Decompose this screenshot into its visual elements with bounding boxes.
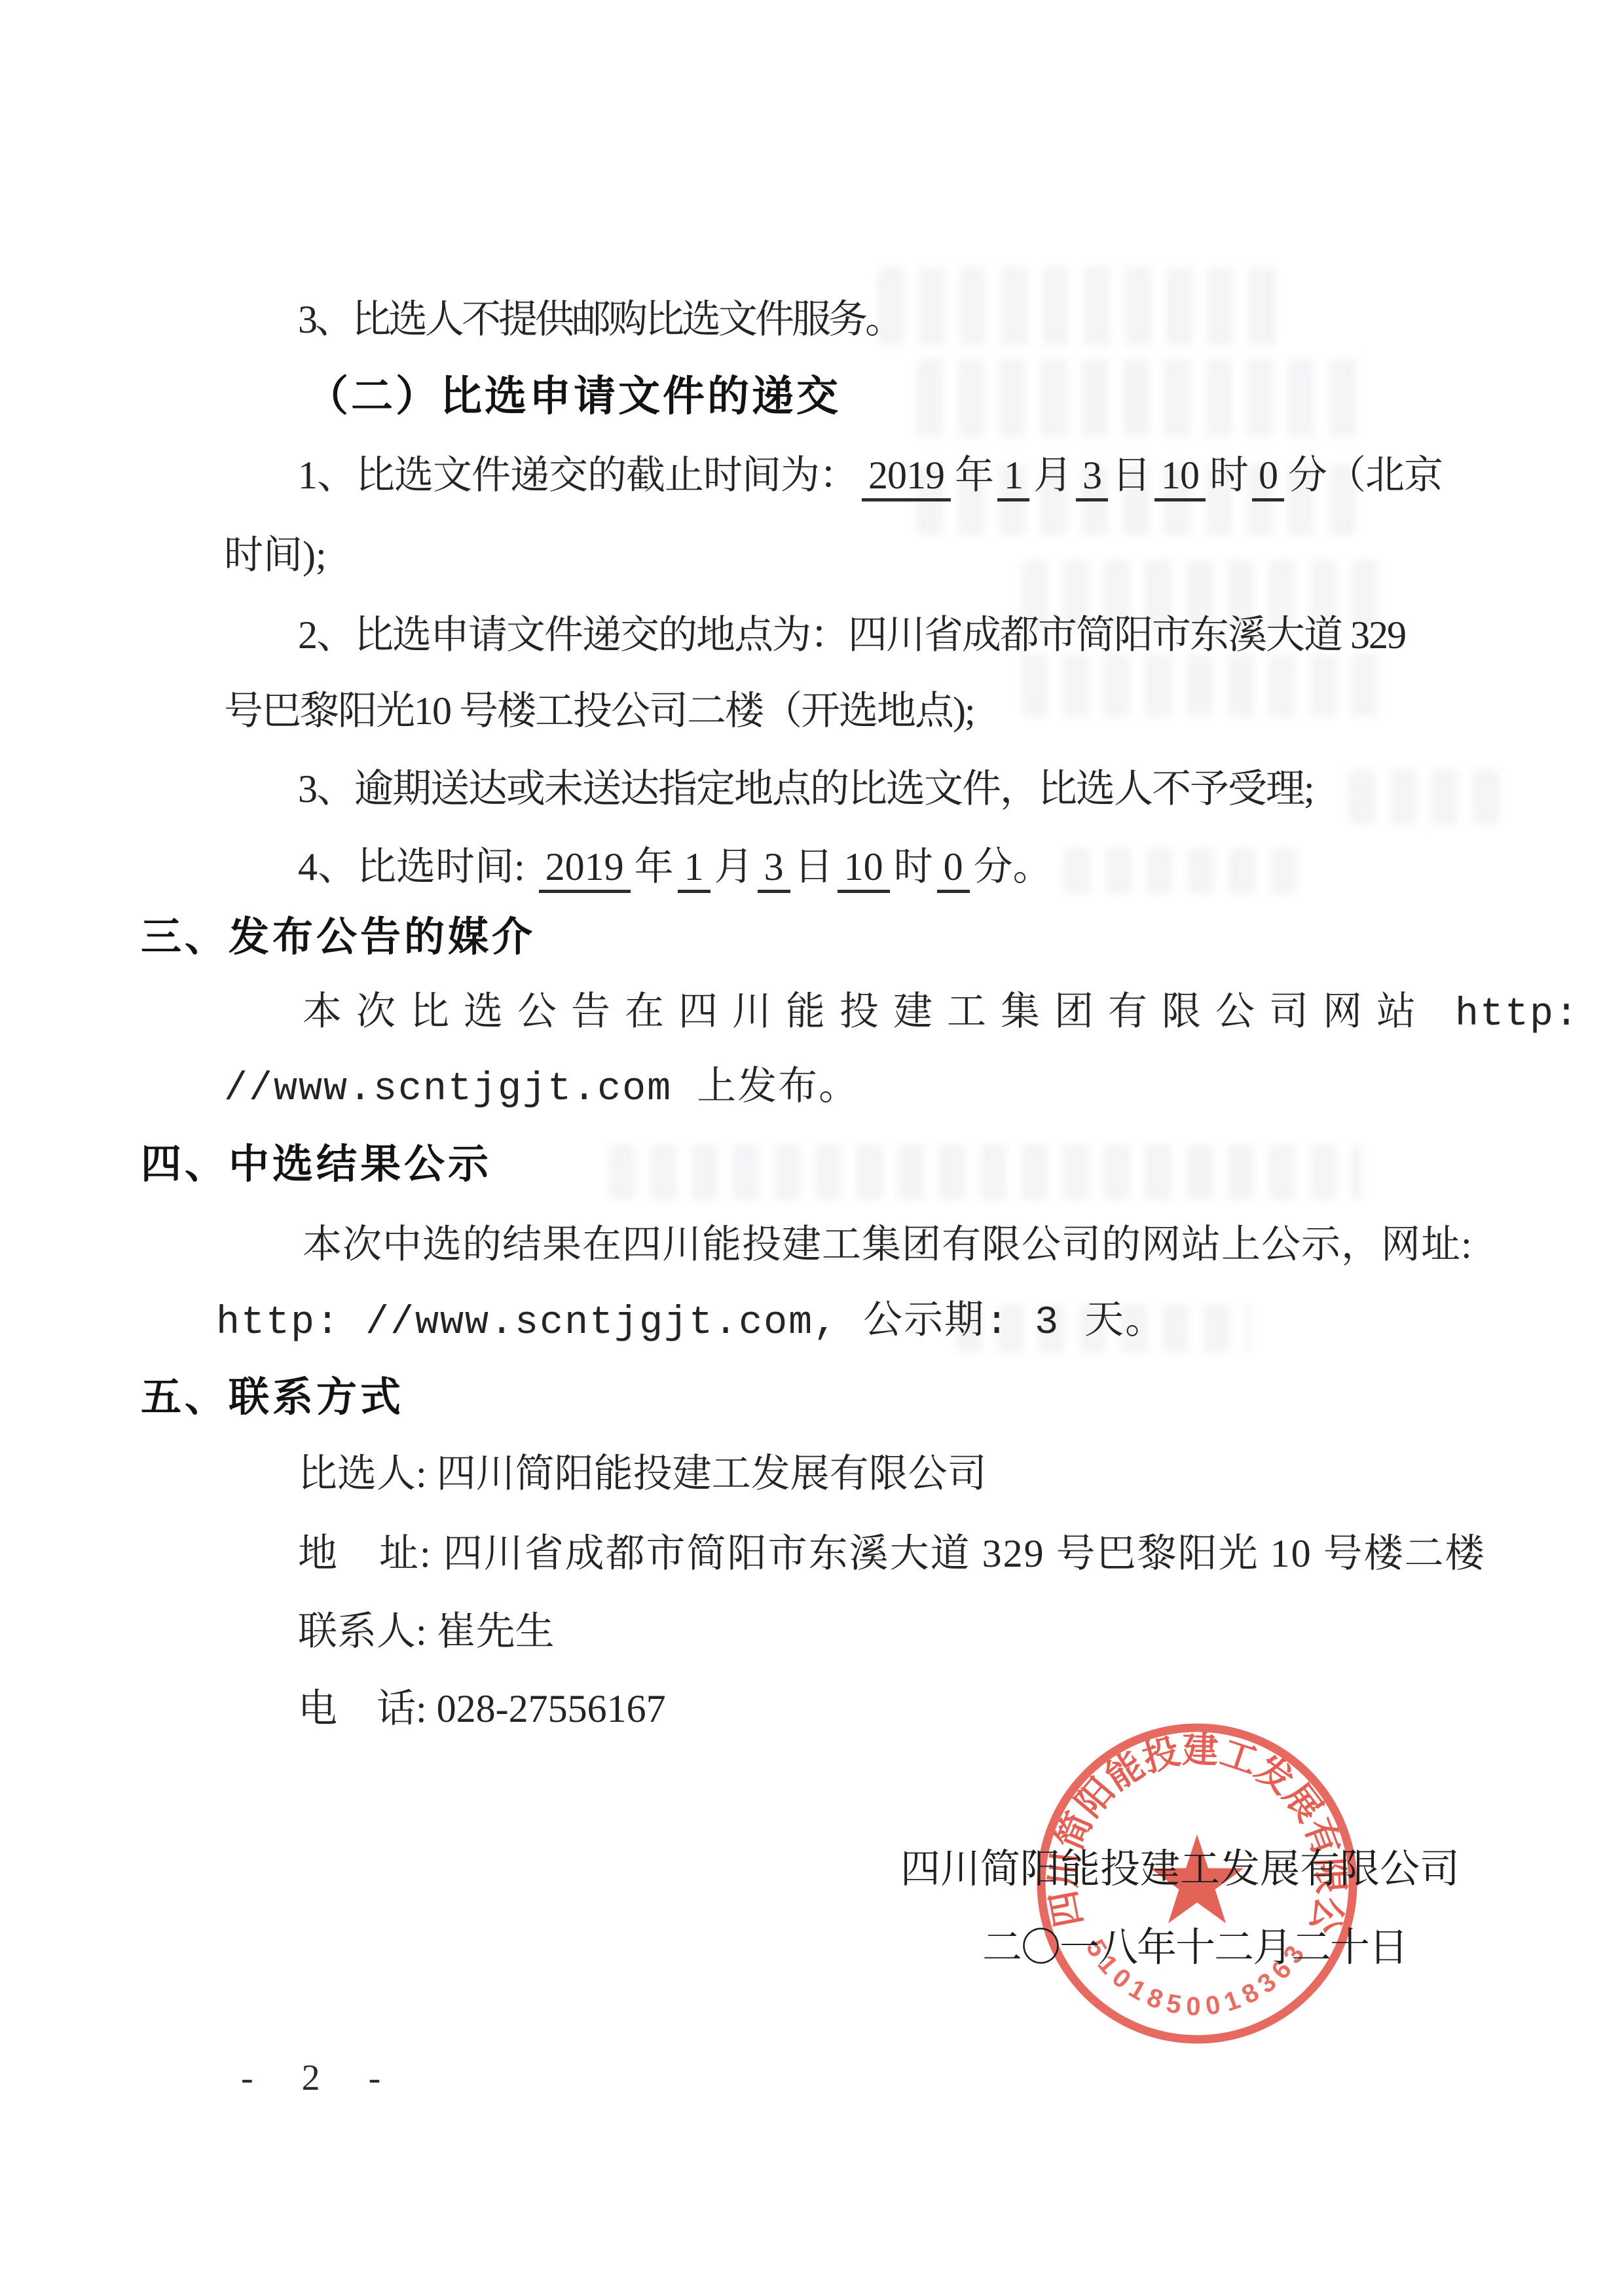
bleed-through-artifact xyxy=(1349,769,1500,825)
deadline-month-unit: 月 xyxy=(1033,454,1072,497)
contact-row-phone: 电 话: 028-27556167 xyxy=(298,1687,666,1730)
page-number: - 2 - xyxy=(241,2057,400,2099)
media-line-1-url: http: xyxy=(1430,993,1579,1037)
selection-time-prefix: 4、比选时间: xyxy=(298,845,535,888)
contact-row-address: 地 址: 四川省成都市简阳市东溪大道 329 号巴黎阳光 10 号楼二楼 xyxy=(298,1532,1486,1575)
contact-value: 四川简阳能投建工发展有限公司 xyxy=(437,1452,987,1495)
deadline-line: 1、比选文件递交的截止时间为：2019年1月3日10时0分（北京 xyxy=(298,454,1443,501)
contact-label: 电 话: xyxy=(298,1687,437,1730)
deadline-month: 1 xyxy=(997,454,1029,501)
deadline-day-unit: 日 xyxy=(1112,454,1151,497)
contact-value: 028-27556167 xyxy=(437,1687,666,1730)
contact-row-person: 联系人: 崔先生 xyxy=(298,1610,555,1653)
media-line-1-text: 本次比选公告在四川能投建工集团有限公司网站 xyxy=(303,990,1430,1033)
contact-label: 地 址: xyxy=(298,1532,443,1575)
late-delivery-rule: 3、逾期送达或未送达指定地点的比选文件，比选人不予受理; xyxy=(298,767,1314,811)
section-2-heading: （二）比选申请文件的递交 xyxy=(306,373,841,419)
deadline-year: 2019 xyxy=(862,454,951,501)
media-line-1: 本次比选公告在四川能投建工集团有限公司网站 http: xyxy=(303,990,1579,1036)
selection-time-minute-unit: 分 xyxy=(974,845,1013,888)
bleed-through-artifact xyxy=(1064,848,1300,894)
deadline-day: 3 xyxy=(1076,454,1108,501)
selection-time-hour: 10 xyxy=(838,845,890,893)
bleed-through-artifact xyxy=(609,1144,1362,1200)
selection-time-year: 2019 xyxy=(539,845,631,893)
contact-value: 四川省成都市简阳市东溪大道 329 号巴黎阳光 10 号楼二楼 xyxy=(443,1532,1486,1575)
result-line-1: 本次中选的结果在四川能投建工集团有限公司的网站上公示，网址: xyxy=(303,1223,1473,1266)
selection-time-tail: 。 xyxy=(1013,845,1052,888)
selection-time-hour-unit: 时 xyxy=(894,845,933,888)
bleed-through-artifact xyxy=(877,267,1283,346)
selection-time-line: 4、比选时间: 2019年1月3日10时0分。 xyxy=(298,845,1052,893)
deadline-prefix: 1、比选文件递交的截止时间为： xyxy=(298,454,858,497)
selection-time-month-unit: 月 xyxy=(714,845,754,888)
selection-time-day: 3 xyxy=(758,845,790,893)
contact-row-bixuanren: 比选人: 四川简阳能投建工发展有限公司 xyxy=(298,1452,987,1495)
selection-time-minute: 0 xyxy=(937,845,970,893)
deadline-tail: （北京 xyxy=(1327,454,1443,497)
signature-company: 四川简阳能投建工发展有限公司 xyxy=(900,1837,1460,1894)
deadline-minute-unit: 分 xyxy=(1288,454,1327,497)
contact-label: 联系人: xyxy=(298,1610,437,1653)
section-3-heading: 三、发布公告的媒介 xyxy=(141,915,536,960)
clause-no-mail-order: 3、比选人不提供邮购比选文件服务。 xyxy=(298,298,902,341)
section-5-heading: 五、联系方式 xyxy=(141,1376,404,1420)
deadline-year-unit: 年 xyxy=(955,454,993,497)
signature-date: 二〇一八年十二月二十日 xyxy=(982,1916,1407,1973)
deadline-hour: 10 xyxy=(1154,454,1206,501)
document-page: 3、比选人不提供邮购比选文件服务。 （二）比选申请文件的递交 1、比选文件递交的… xyxy=(0,0,1624,2296)
venue-line-1: 2、比选申请文件递交的地点为：四川省成都市简阳市东溪大道 329 xyxy=(298,613,1405,657)
selection-time-year-unit: 年 xyxy=(635,845,674,888)
section-4-heading: 四、中选结果公示 xyxy=(141,1142,492,1187)
venue-line-2: 号巴黎阳光10 号楼工投公司二楼（开选地点); xyxy=(224,689,974,733)
contact-value: 崔先生 xyxy=(437,1610,555,1653)
deadline-hour-unit: 时 xyxy=(1209,454,1248,497)
result-line-2: http: //www.scntjgjt.com, 公示期: 3 天。 xyxy=(216,1302,1166,1345)
selection-time-month: 1 xyxy=(678,845,710,893)
contact-label: 比选人: xyxy=(298,1452,437,1495)
selection-time-day-unit: 日 xyxy=(794,845,834,888)
bleed-through-artifact xyxy=(917,359,1362,536)
media-line-2: //www.scntjgjt.com 上发布。 xyxy=(224,1068,859,1111)
deadline-minute: 0 xyxy=(1252,454,1284,501)
deadline-wrap-line: 时间); xyxy=(224,534,327,577)
